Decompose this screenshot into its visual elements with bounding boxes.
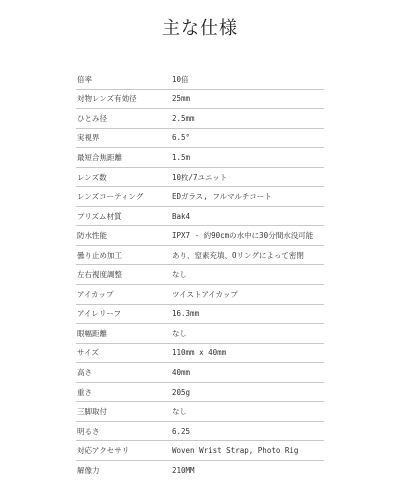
spec-label: 最短合焦距離 (76, 152, 172, 163)
spec-label: 倍率 (76, 74, 172, 85)
spec-row-prism-material: プリズム材質Bak4 (76, 207, 324, 227)
spec-label: アイレリーフ (76, 308, 172, 319)
spec-value: 16.3mm (172, 309, 324, 318)
spec-label: サイズ (76, 347, 172, 358)
spec-row-objective-diameter: 対物レンズ有効径25mm (76, 90, 324, 110)
spec-row-exit-pupil: ひとみ径2.5mm (76, 109, 324, 129)
spec-row-magnification: 倍率10倍 (76, 70, 324, 90)
spec-value: IPX7 - 約90cmの水中に30分間水没可能 (172, 230, 324, 241)
spec-label: 明るさ (76, 426, 172, 437)
spec-label: レンズコーティング (76, 191, 172, 202)
spec-row-size: サイズ110mm x 40mm (76, 344, 324, 364)
spec-row-eyecup: アイカップツイストアイカップ (76, 285, 324, 305)
spec-label: 高さ (76, 367, 172, 378)
spec-label: 実視界 (76, 132, 172, 143)
spec-label: 眼幅距離 (76, 328, 172, 339)
spec-row-resolution: 解像力210MM (76, 461, 324, 481)
spec-label: 重さ (76, 387, 172, 398)
spec-value: 10枚/7ユニット (172, 172, 324, 183)
spec-value: ツイストアイカップ (172, 289, 324, 300)
spec-label: 左右視度調整 (76, 269, 172, 280)
spec-value: 40mm (172, 368, 324, 377)
spec-table: 倍率10倍 対物レンズ有効径25mm ひとみ径2.5mm 実視界6.5° 最短合… (76, 70, 324, 480)
spec-value: なし (172, 269, 324, 280)
spec-row-waterproof: 防水性能IPX7 - 約90cmの水中に30分間水没可能 (76, 226, 324, 246)
spec-value: 25mm (172, 94, 324, 103)
spec-value: Woven Wrist Strap, Photo Rig (172, 446, 324, 455)
spec-row-fogproof: 曇り止め加工あり、窒素充填、Oリングによって密閉 (76, 246, 324, 266)
spec-row-accessories: 対応アクセサリWoven Wrist Strap, Photo Rig (76, 441, 324, 461)
spec-label: アイカップ (76, 289, 172, 300)
spec-value: Bak4 (172, 212, 324, 221)
spec-value: EDガラス, フルマルチコート (172, 191, 324, 202)
spec-row-close-focus: 最短合焦距離1.5m (76, 148, 324, 168)
spec-label: 曇り止め加工 (76, 250, 172, 261)
spec-row-diopter: 左右視度調整なし (76, 265, 324, 285)
spec-value: あり、窒素充填、Oリングによって密閉 (172, 250, 324, 261)
spec-value: 6.25 (172, 427, 324, 436)
spec-label: レンズ数 (76, 172, 172, 183)
spec-label: 防水性能 (76, 230, 172, 241)
spec-row-tripod-mount: 三脚取付なし (76, 402, 324, 422)
spec-value: 10倍 (172, 74, 324, 85)
spec-value: なし (172, 406, 324, 417)
page-title: 主な仕様 (0, 14, 400, 40)
spec-value: 110mm x 40mm (172, 348, 324, 357)
spec-label: プリズム材質 (76, 211, 172, 222)
spec-value: 210MM (172, 466, 324, 475)
spec-row-brightness: 明るさ6.25 (76, 422, 324, 442)
spec-label: ひとみ径 (76, 113, 172, 124)
spec-label: 対物レンズ有効径 (76, 93, 172, 104)
spec-row-lens-count: レンズ数10枚/7ユニット (76, 168, 324, 188)
spec-row-lens-coating: レンズコーティングEDガラス, フルマルチコート (76, 187, 324, 207)
spec-row-ipd: 眼幅距離なし (76, 324, 324, 344)
spec-value: なし (172, 328, 324, 339)
spec-label: 三脚取付 (76, 406, 172, 417)
spec-row-weight: 重さ205g (76, 383, 324, 403)
spec-value: 2.5mm (172, 114, 324, 123)
spec-row-field-of-view: 実視界6.5° (76, 129, 324, 149)
spec-label: 解像力 (76, 465, 172, 476)
spec-label: 対応アクセサリ (76, 445, 172, 456)
spec-row-height: 高さ40mm (76, 363, 324, 383)
spec-value: 205g (172, 388, 324, 397)
spec-row-eye-relief: アイレリーフ16.3mm (76, 305, 324, 325)
spec-value: 1.5m (172, 153, 324, 162)
spec-value: 6.5° (172, 133, 324, 142)
